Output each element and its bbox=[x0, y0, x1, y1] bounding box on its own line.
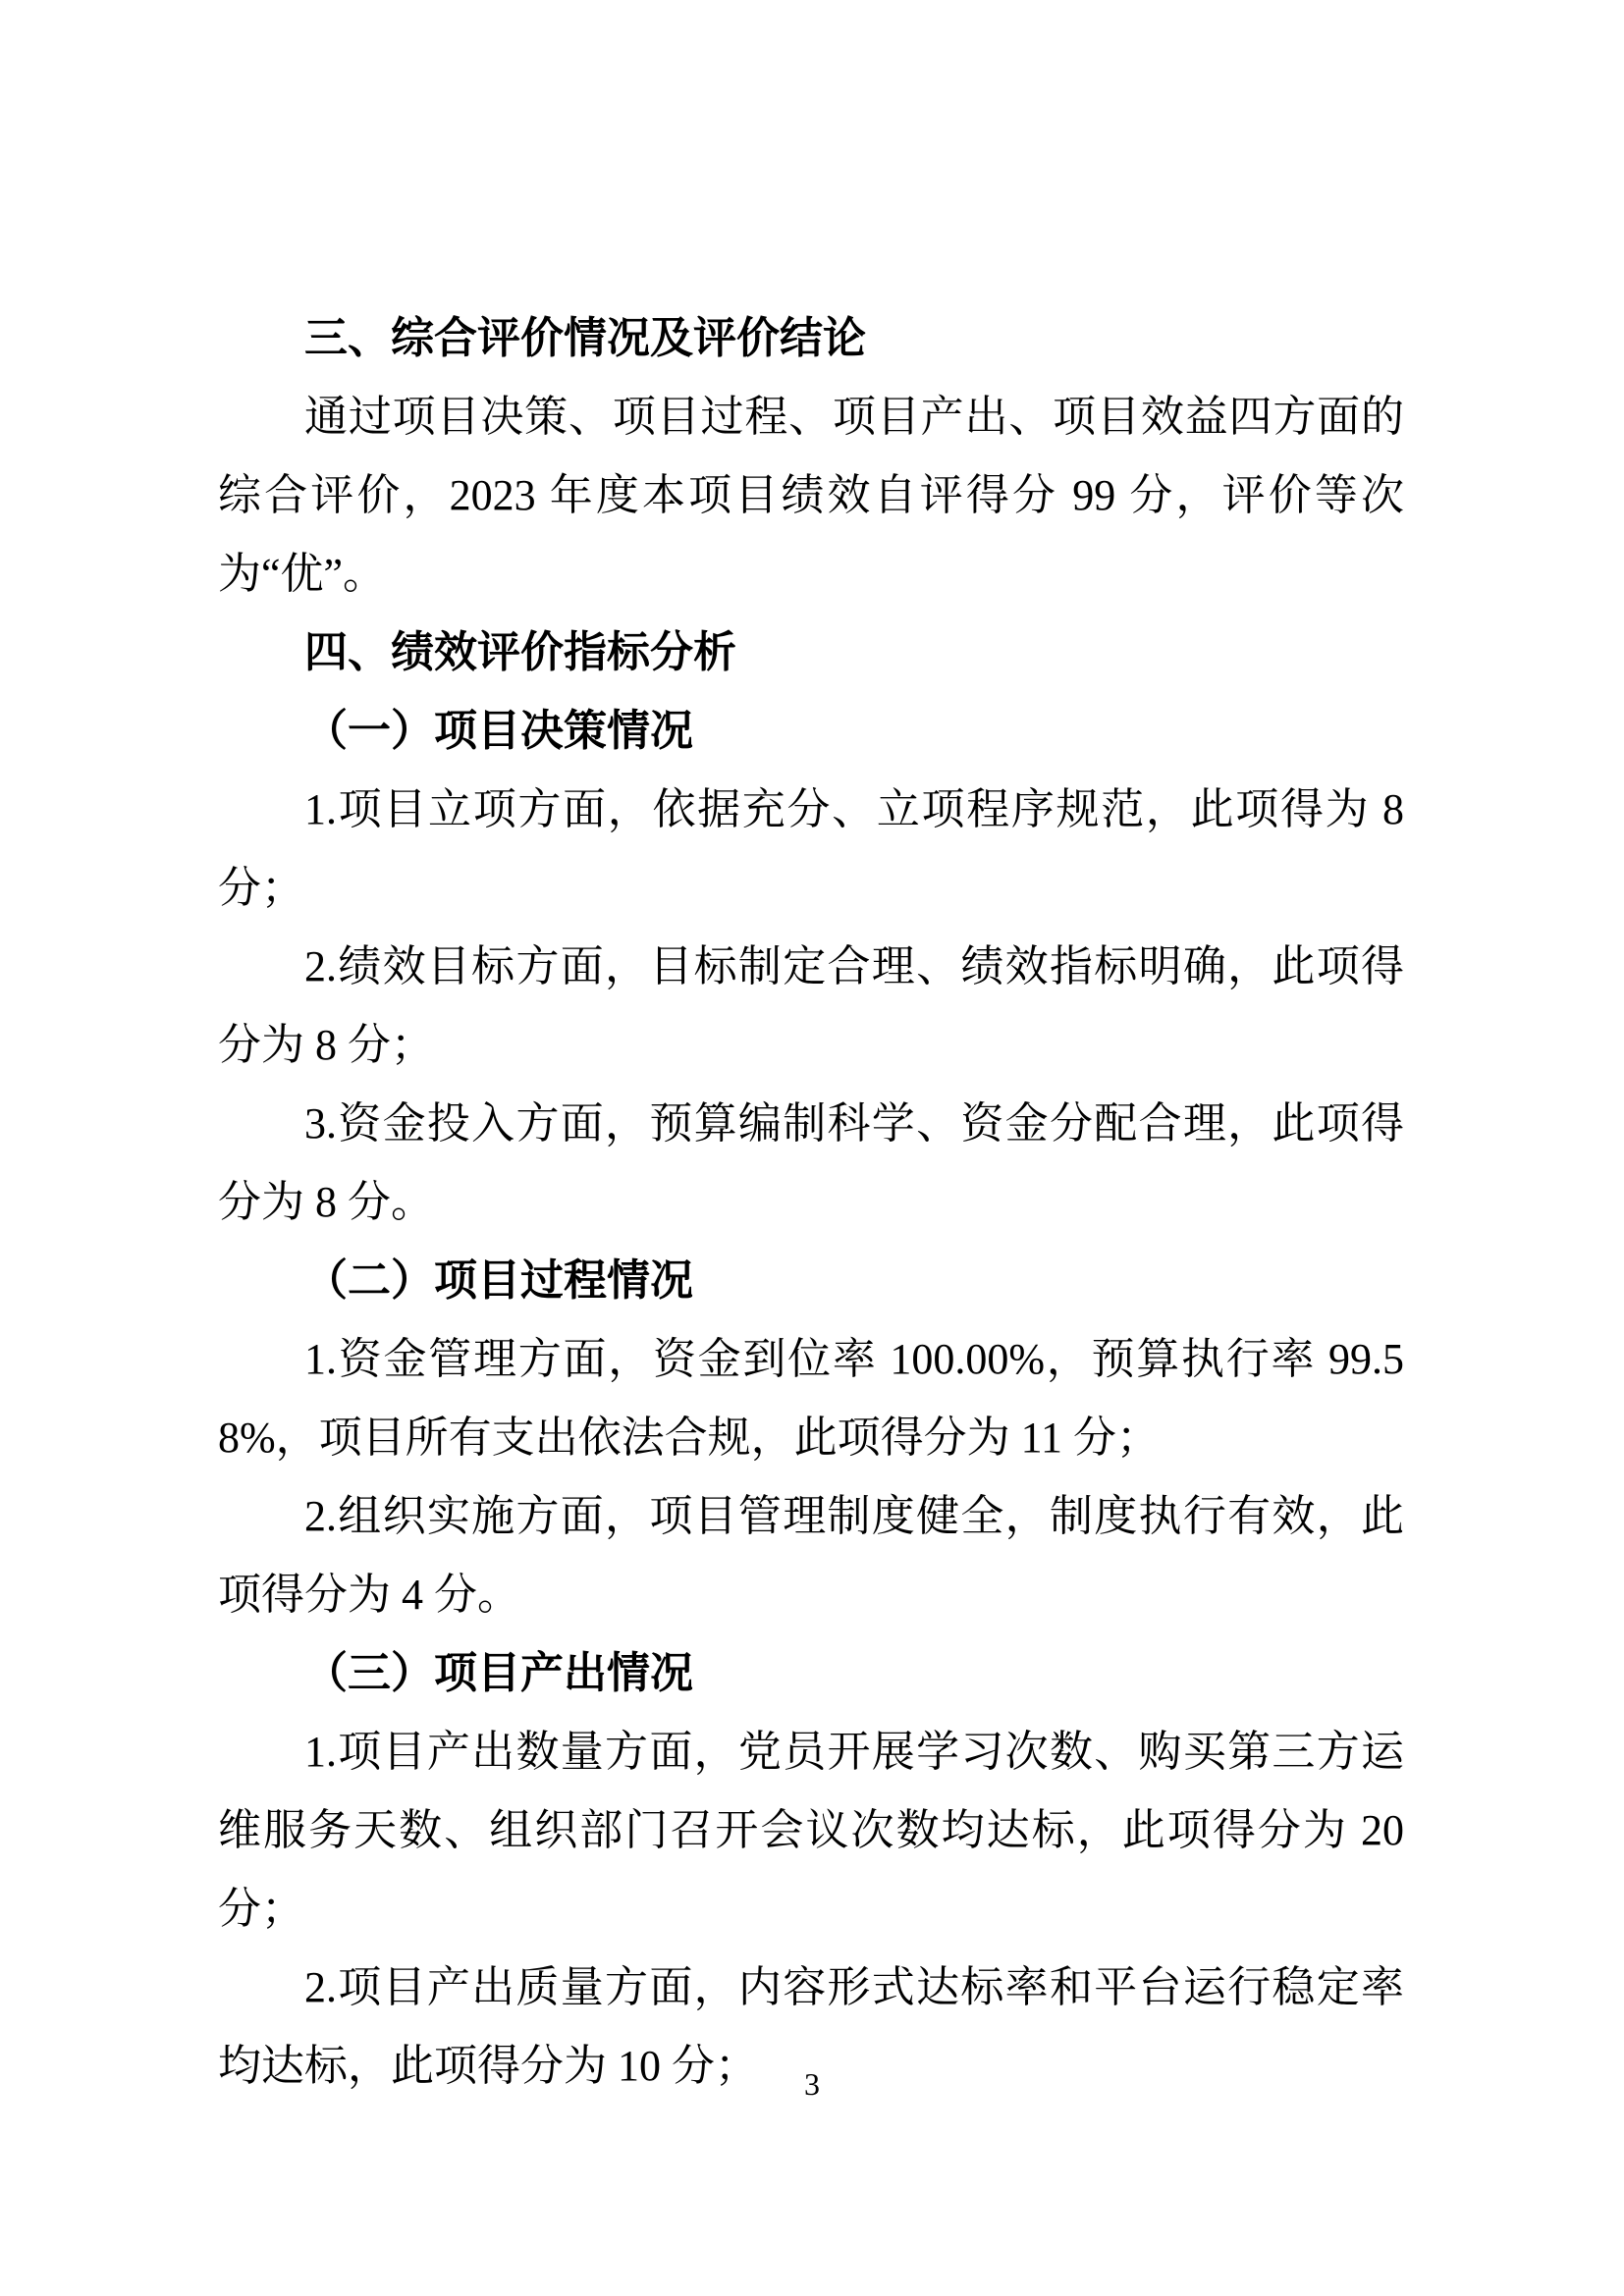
body-paragraph: 3.资金投入方面，预算编制科学、资金分配合理，此项得分为 8 分。 bbox=[218, 1085, 1404, 1242]
subsection-heading: （一）项目决策情况 bbox=[218, 692, 1404, 771]
subsection-heading: （三）项目产出情况 bbox=[218, 1634, 1404, 1713]
section-heading: 四、绩效评价指标分析 bbox=[218, 614, 1404, 692]
body-paragraph: 1.项目产出数量方面，党员开展学习次数、购买第三方运维服务天数、组织部门召开会议… bbox=[218, 1713, 1404, 1949]
body-paragraph: 1.资金管理方面，资金到位率 100.00%，预算执行率 99.58%，项目所有… bbox=[218, 1320, 1404, 1477]
page-number: 3 bbox=[0, 2064, 1624, 2104]
body-paragraph: 2.绩效目标方面，目标制定合理、绩效指标明确，此项得分为 8 分； bbox=[218, 928, 1404, 1085]
subsection-heading: （二）项目过程情况 bbox=[218, 1242, 1404, 1320]
section-heading: 三、综合评价情况及评价结论 bbox=[218, 299, 1404, 378]
document-content: 三、综合评价情况及评价结论通过项目决策、项目过程、项目产出、项目效益四方面的综合… bbox=[218, 299, 1404, 2106]
body-paragraph: 1.项目立项方面，依据充分、立项程序规范，此项得为 8 分； bbox=[218, 771, 1404, 928]
body-paragraph: 2.组织实施方面，项目管理制度健全，制度执行有效，此项得分为 4 分。 bbox=[218, 1477, 1404, 1634]
body-paragraph: 通过项目决策、项目过程、项目产出、项目效益四方面的综合评价，2023 年度本项目… bbox=[218, 378, 1404, 614]
